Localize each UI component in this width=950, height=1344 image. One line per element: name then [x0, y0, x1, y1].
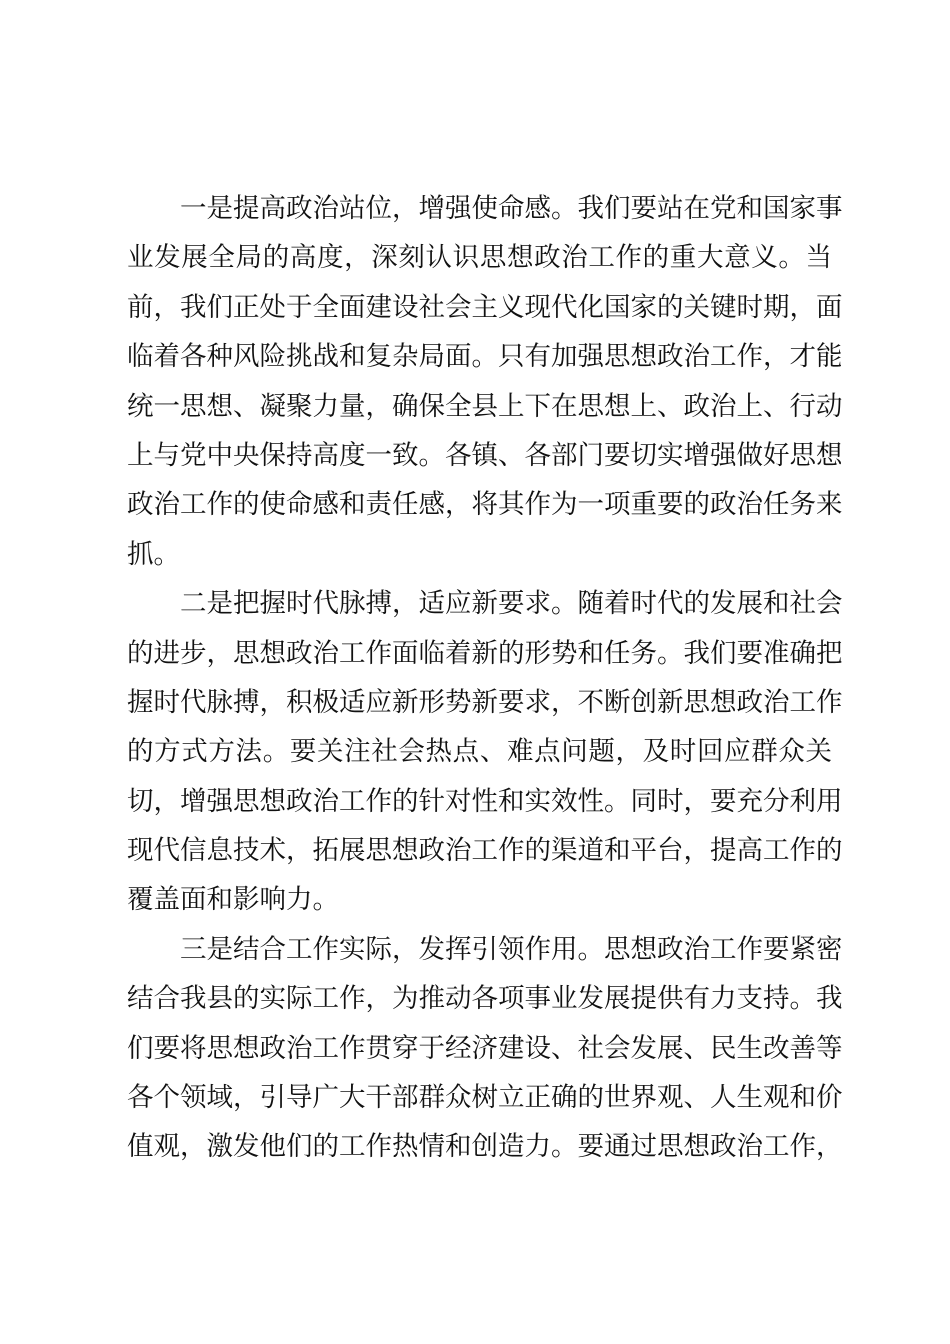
text-line: 上与党中央保持高度一致。各镇、各部门要切实增强做好思想 — [127, 431, 832, 480]
text-line: 覆盖面和影响力。 — [127, 875, 832, 924]
text-line: 各个领域，引导广大干部群众树立正确的世界观、人生观和价 — [127, 1073, 832, 1122]
text-line: 一是提高政治站位，增强使命感。我们要站在党和国家事 — [127, 184, 832, 233]
paragraph-1: 一是提高政治站位，增强使命感。我们要站在党和国家事 业发展全局的高度，深刻认识思… — [127, 184, 832, 579]
text-line: 握时代脉搏，积极适应新形势新要求，不断创新思想政治工作 — [127, 678, 832, 727]
text-line: 临着各种风险挑战和复杂局面。只有加强思想政治工作，才能 — [127, 332, 832, 381]
paragraph-3: 三是结合工作实际，发挥引领作用。思想政治工作要紧密 结合我县的实际工作，为推动各… — [127, 925, 832, 1172]
text-line: 二是把握时代脉搏，适应新要求。随着时代的发展和社会 — [127, 579, 832, 628]
text-line: 前，我们正处于全面建设社会主义现代化国家的关键时期，面 — [127, 283, 832, 332]
text-line: 现代信息技术，拓展思想政治工作的渠道和平台，提高工作的 — [127, 826, 832, 875]
text-line: 结合我县的实际工作，为推动各项事业发展提供有力支持。我 — [127, 974, 832, 1023]
text-line: 抓。 — [127, 530, 832, 579]
text-line: 统一思想、凝聚力量，确保全县上下在思想上、政治上、行动 — [127, 382, 832, 431]
text-line: 们要将思想政治工作贯穿于经济建设、社会发展、民生改善等 — [127, 1024, 832, 1073]
text-line: 的进步，思想政治工作面临着新的形势和任务。我们要准确把 — [127, 629, 832, 678]
text-line: 切，增强思想政治工作的针对性和实效性。同时，要充分利用 — [127, 777, 832, 826]
text-line: 三是结合工作实际，发挥引领作用。思想政治工作要紧密 — [127, 925, 832, 974]
text-line: 值观，激发他们的工作热情和创造力。要通过思想政治工作， — [127, 1122, 832, 1171]
text-line: 政治工作的使命感和责任感，将其作为一项重要的政治任务来 — [127, 480, 832, 529]
document-page: 一是提高政治站位，增强使命感。我们要站在党和国家事 业发展全局的高度，深刻认识思… — [0, 0, 950, 1344]
text-line: 业发展全局的高度，深刻认识思想政治工作的重大意义。当 — [127, 233, 832, 282]
text-line: 的方式方法。要关注社会热点、难点问题，及时回应群众关 — [127, 727, 832, 776]
paragraph-2: 二是把握时代脉搏，适应新要求。随着时代的发展和社会 的进步，思想政治工作面临着新… — [127, 579, 832, 925]
document-body: 一是提高政治站位，增强使命感。我们要站在党和国家事 业发展全局的高度，深刻认识思… — [127, 184, 832, 1172]
